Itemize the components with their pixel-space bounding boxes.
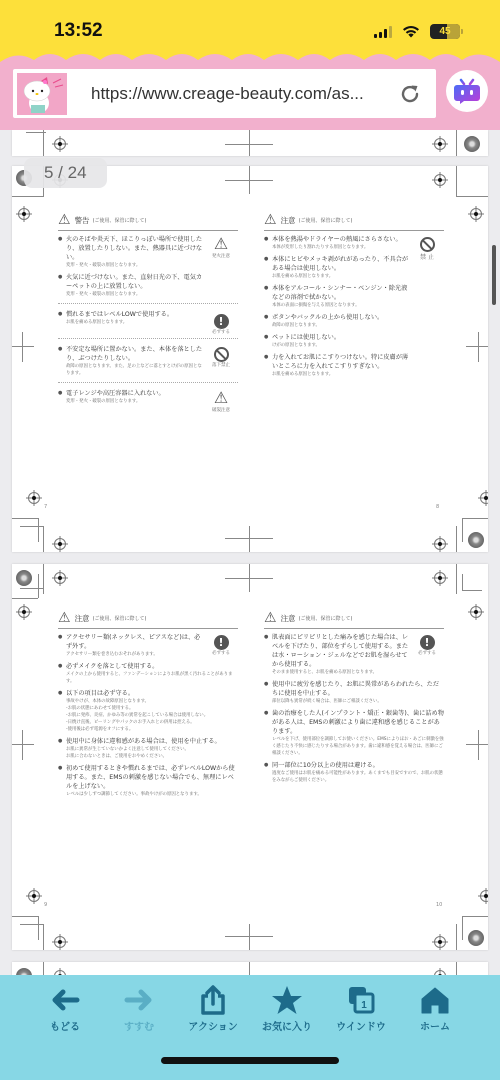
exclamation-icon: ! xyxy=(420,635,435,650)
fire-warning-icon: ⚠ xyxy=(208,235,234,253)
back-button[interactable]: もどる xyxy=(33,983,97,1033)
warning-triangle-icon: ⚠ xyxy=(264,212,277,228)
section-title: 注意 xyxy=(281,215,296,226)
list-item: 火のそばや炎天下、ほこりっぽい場所で使用したり、放置したりしない。また、熱器具に… xyxy=(58,235,238,269)
list-item: 本体をアルコール・シンナー・ベンジン・除光液などの溶剤で拭かない。 本体の表面に… xyxy=(264,284,444,309)
dotted-divider xyxy=(58,382,238,383)
browser-toolbar: もどる すすむ アクション お気に入り 1 ウインドウ xyxy=(0,975,500,1080)
caution-section: ⚠ 注意 (ご使用、保管に際して) 肌表面にピリピリとした痛みを感じた場合は、レ… xyxy=(264,610,444,788)
page-spread-9-10: ⚠ 注意 (ご使用、保管に際して) アクセサリー類(ネックレス、ピアスなど)は、… xyxy=(12,564,488,950)
list-item: 電子レンジや高圧容器に入れない。 変形・発火・破裂の原因となります。 ⚠ 破裂注… xyxy=(58,389,238,405)
exclamation-icon: ! xyxy=(214,314,229,329)
home-icon xyxy=(421,983,449,1017)
forward-button[interactable]: すすむ xyxy=(107,983,171,1033)
list-item: 使用中に疲労を感じたり、お肌に異常があらわれたら、ただちに使用を中止する。 部位… xyxy=(264,680,444,705)
section-subtitle: (ご使用、保管に際して) xyxy=(93,217,147,224)
page-number: 9 xyxy=(44,902,47,908)
cellular-signal-icon xyxy=(374,26,392,38)
prohibited-icon xyxy=(420,237,435,252)
share-icon xyxy=(199,983,227,1017)
battery-level: 45 xyxy=(439,26,450,37)
url-text[interactable]: https://www.creage-beauty.com/as... xyxy=(91,84,396,104)
exclamation-icon: ! xyxy=(214,635,229,650)
list-item: 同一部位に10分以上の使用は避ける。 過度なご使用はお肌を痛める可能性があります… xyxy=(264,761,444,784)
list-item: 本体を熱湯やドライヤーの熱風にさらさない。 本体が変形したり割れたりする原因とな… xyxy=(264,235,444,251)
prohibited-icon xyxy=(214,347,229,362)
section-subtitle: (ご使用、保管に際して) xyxy=(299,615,353,622)
browser-address-area: https://www.creage-beauty.com/as... xyxy=(0,64,500,130)
home-button[interactable]: ホーム xyxy=(403,983,467,1033)
list-item: 不安定な場所に置かない。また、本体を落としたり、ぶつけたりしない。 故障の原因と… xyxy=(58,345,238,377)
forward-arrow-icon xyxy=(124,983,154,1017)
list-item: 火気に近づけない。また、直射日光の下、電気カーペットの上に放置しない。 変形・発… xyxy=(58,273,238,298)
warning-triangle-icon: ⚠ xyxy=(264,610,277,626)
page-spread-7-8: ⚠ 警告 (ご使用、保管に際して) 火のそばや炎天下、ほこりっぽい場所で使用した… xyxy=(12,166,488,552)
list-item: 初めて使用するときや慣れるまでは、必ずレベルLOWから使用する。また、EMSの刺… xyxy=(58,764,238,798)
hello-kitty-icon[interactable] xyxy=(17,73,67,115)
page-number: 8 xyxy=(436,504,439,510)
list-item: 力を入れてお肌にこすりつけない。特に皮膚が薄いところに力を入れてこすりすぎない。… xyxy=(264,353,444,378)
list-item: ボタンやバックルの上から使用しない。 故障の原因となります。 xyxy=(264,313,444,329)
caution-section: ⚠ 注意 (ご使用、保管に際して) アクセサリー類(ネックレス、ピアスなど)は、… xyxy=(58,610,238,802)
status-icons: 45 xyxy=(374,24,460,39)
dotted-divider xyxy=(58,338,238,339)
back-arrow-icon xyxy=(50,983,80,1017)
reload-icon[interactable] xyxy=(396,80,424,108)
mandatory-symbol: ! 必ずする xyxy=(208,635,234,656)
pdf-viewer[interactable]: 5 / 24 ⚠ xyxy=(0,130,500,975)
star-icon xyxy=(271,983,303,1017)
warning-triangle-icon: ⚠ xyxy=(58,212,71,228)
list-item: ペットには使用しない。 けがの原因となります。 xyxy=(264,333,444,349)
page-number: 7 xyxy=(44,504,47,510)
section-title: 注意 xyxy=(281,613,296,624)
battery-icon: 45 xyxy=(430,24,460,39)
warning-triangle-icon: ⚠ xyxy=(58,610,71,626)
list-item: 歯の治療をした人(インプラント・矯正・銀歯等)、歯に詰め物がある人は、EMSの刺… xyxy=(264,709,444,757)
caution-section: ⚠ 注意 (ご使用、保管に際して) 本体を熱湯やドライヤーの熱風にさらさない。 … xyxy=(264,212,444,382)
no-drop-symbol: 落下禁止 xyxy=(208,347,234,368)
mandatory-symbol: ! 必ずする xyxy=(414,635,440,656)
mandatory-symbol: ! 必ずする xyxy=(208,314,234,335)
action-button[interactable]: アクション xyxy=(181,983,245,1033)
svg-text:1: 1 xyxy=(361,1000,367,1011)
page-head-next xyxy=(12,962,488,975)
list-item: 慣れるまではレベルLOWで使用する。 お肌を痛める原因となります。 ! 必ずする xyxy=(58,310,238,326)
scrollbar[interactable] xyxy=(492,245,496,305)
status-time: 13:52 xyxy=(54,20,103,42)
page-tail-previous xyxy=(12,130,488,156)
warning-section: ⚠ 警告 (ご使用、保管に際して) 火のそばや炎天下、ほこりっぽい場所で使用した… xyxy=(58,212,238,409)
dotted-divider xyxy=(58,303,238,304)
list-item: アクセサリー類(ネックレス、ピアスなど)は、必ず外す。 アクセサリー類を巻き込む… xyxy=(58,633,238,658)
list-item: 使用中に身体に違和感がある場合は、使用を中止する。 お肌に異常が生じていないかよ… xyxy=(58,737,238,760)
section-subtitle: (ご使用、保管に際して) xyxy=(93,615,147,622)
list-item: 以下の項目は必ず守る。 事故やけが、本体の故障原因となります。 -お肌の状態にあ… xyxy=(58,689,238,733)
wifi-icon xyxy=(402,25,420,38)
section-subtitle: (ご使用、保管に際して) xyxy=(299,217,353,224)
list-item: 肌表面にピリピリとした痛みを感じた場合は、レベルを下げたり、部位をずらして使用す… xyxy=(264,633,444,676)
burst-warning-icon: ⚠ xyxy=(208,389,234,407)
section-title: 警告 xyxy=(75,215,90,226)
address-bar[interactable]: https://www.creage-beauty.com/as... xyxy=(13,69,436,118)
home-indicator[interactable] xyxy=(161,1057,339,1064)
windows-button[interactable]: 1 ウインドウ xyxy=(329,983,393,1033)
list-item: 必ずメイクを落として使用する。 メイクの上から使用すると、ファンデーションにより… xyxy=(58,662,238,685)
status-bar: 13:52 45 xyxy=(0,0,500,66)
ai-assistant-icon[interactable] xyxy=(446,70,488,112)
page-number: 10 xyxy=(436,902,442,908)
fire-caution-symbol: ⚠ 発火注意 xyxy=(208,235,234,259)
list-item: 本体にヒビやメッキ剥がれがあったり、不具合がある場合は使用しない。 お肌を痛める… xyxy=(264,255,444,280)
windows-icon: 1 xyxy=(346,983,376,1017)
burst-caution-symbol: ⚠ 破裂注意 xyxy=(208,389,234,413)
section-title: 注意 xyxy=(75,613,90,624)
favorites-button[interactable]: お気に入り xyxy=(255,983,319,1033)
page-counter: 5 / 24 xyxy=(24,158,107,188)
